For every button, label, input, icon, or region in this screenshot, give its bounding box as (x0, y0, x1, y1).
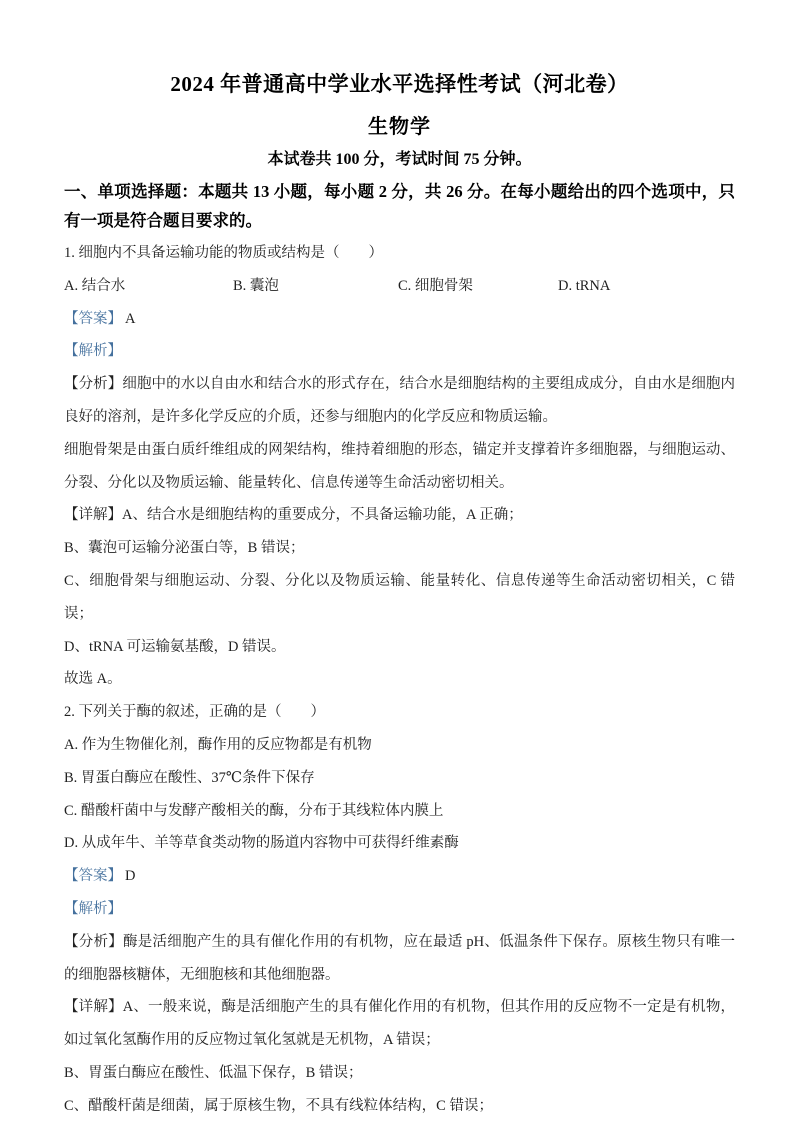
question-2-answer-line: 【答案】D (64, 860, 735, 893)
question-1-answer-line: 【答案】A (64, 303, 735, 336)
exam-info: 本试卷共 100 分，考试时间 75 分钟。 (64, 148, 735, 172)
question-1-options-row: A. 结合水 B. 囊泡 C. 细胞骨架 D. tRNA (64, 270, 735, 303)
question-1-option-d: D. tRNA (558, 270, 735, 303)
question-1-detail-line-1: 【详解】A、结合水是细胞结构的重要成分，不具备运输功能，A 正确； (64, 499, 735, 532)
question-1-stem: 1. 细胞内不具备运输功能的物质或结构是（ ） (64, 237, 735, 270)
question-2-detail-line-1: 【详解】A、一般来说，酶是活细胞产生的具有催化作用的有机物，但其作用的反应物不一… (64, 991, 735, 1057)
question-2-option-b: B. 胃蛋白酶应在酸性、37℃条件下保存 (64, 762, 735, 795)
question-1-detail-line-3: C、细胞骨架与细胞运动、分裂、分化以及物质运输、能量转化、信息传递等生命活动密切… (64, 565, 735, 631)
question-2-option-d: D. 从成年牛、羊等草食类动物的肠道内容物中可获得纤维素酶 (64, 827, 735, 860)
question-2-answer-value: D (125, 868, 135, 884)
explanation-marker: 【解析】 (64, 343, 122, 359)
question-1-conclusion-line: 故选 A。 (64, 663, 735, 696)
question-2-explanation-line: 【解析】 (64, 893, 735, 926)
question-1-analysis-paragraph-1: 【分析】细胞中的水以自由水和结合水的形式存在，结合水是细胞结构的主要组成成分，自… (64, 368, 735, 434)
question-2-detail-line-2: B、胃蛋白酶应在酸性、低温下保存，B 错误； (64, 1057, 735, 1090)
question-1-option-b: B. 囊泡 (233, 270, 398, 303)
answer-marker: 【答案】 (64, 868, 122, 884)
document-body: 1. 细胞内不具备运输功能的物质或结构是（ ） A. 结合水 B. 囊泡 C. … (64, 237, 735, 1122)
answer-marker: 【答案】 (64, 311, 122, 327)
question-1-option-c: C. 细胞骨架 (398, 270, 558, 303)
question-1-answer-value: A (125, 311, 135, 327)
exam-document-page: 2024 年普通高中学业水平选择性考试（河北卷） 生物学 本试卷共 100 分，… (0, 0, 793, 1122)
question-2-stem: 2. 下列关于酶的叙述，正确的是（ ） (64, 696, 735, 729)
question-1-analysis-paragraph-2: 细胞骨架是由蛋白质纤维组成的网架结构，维持着细胞的形态，锚定并支撑着许多细胞器，… (64, 434, 735, 500)
exam-title: 2024 年普通高中学业水平选择性考试（河北卷） (64, 70, 735, 98)
question-2-analysis-paragraph-1: 【分析】酶是活细胞产生的具有催化作用的有机物，应在最适 pH、低温条件下保存。原… (64, 926, 735, 992)
question-2-option-a: A. 作为生物催化剂，酶作用的反应物都是有机物 (64, 729, 735, 762)
question-2-detail-line-3: C、醋酸杆菌是细菌，属于原核生物，不具有线粒体结构，C 错误； (64, 1090, 735, 1122)
question-1-explanation-line: 【解析】 (64, 335, 735, 368)
section-header: 一、单项选择题：本题共 13 小题，每小题 2 分，共 26 分。在每小题给出的… (64, 177, 735, 235)
question-1-detail-line-2: B、囊泡可运输分泌蛋白等，B 错误； (64, 532, 735, 565)
explanation-marker: 【解析】 (64, 901, 122, 917)
question-2: 2. 下列关于酶的叙述，正确的是（ ） A. 作为生物催化剂，酶作用的反应物都是… (64, 696, 735, 1122)
question-2-option-c: C. 醋酸杆菌中与发酵产酸相关的酶，分布于其线粒体内膜上 (64, 795, 735, 828)
question-1-option-a: A. 结合水 (64, 270, 233, 303)
question-1-detail-line-4: D、tRNA 可运输氨基酸，D 错误。 (64, 631, 735, 664)
question-1: 1. 细胞内不具备运输功能的物质或结构是（ ） A. 结合水 B. 囊泡 C. … (64, 237, 735, 696)
exam-subject: 生物学 (64, 114, 735, 140)
